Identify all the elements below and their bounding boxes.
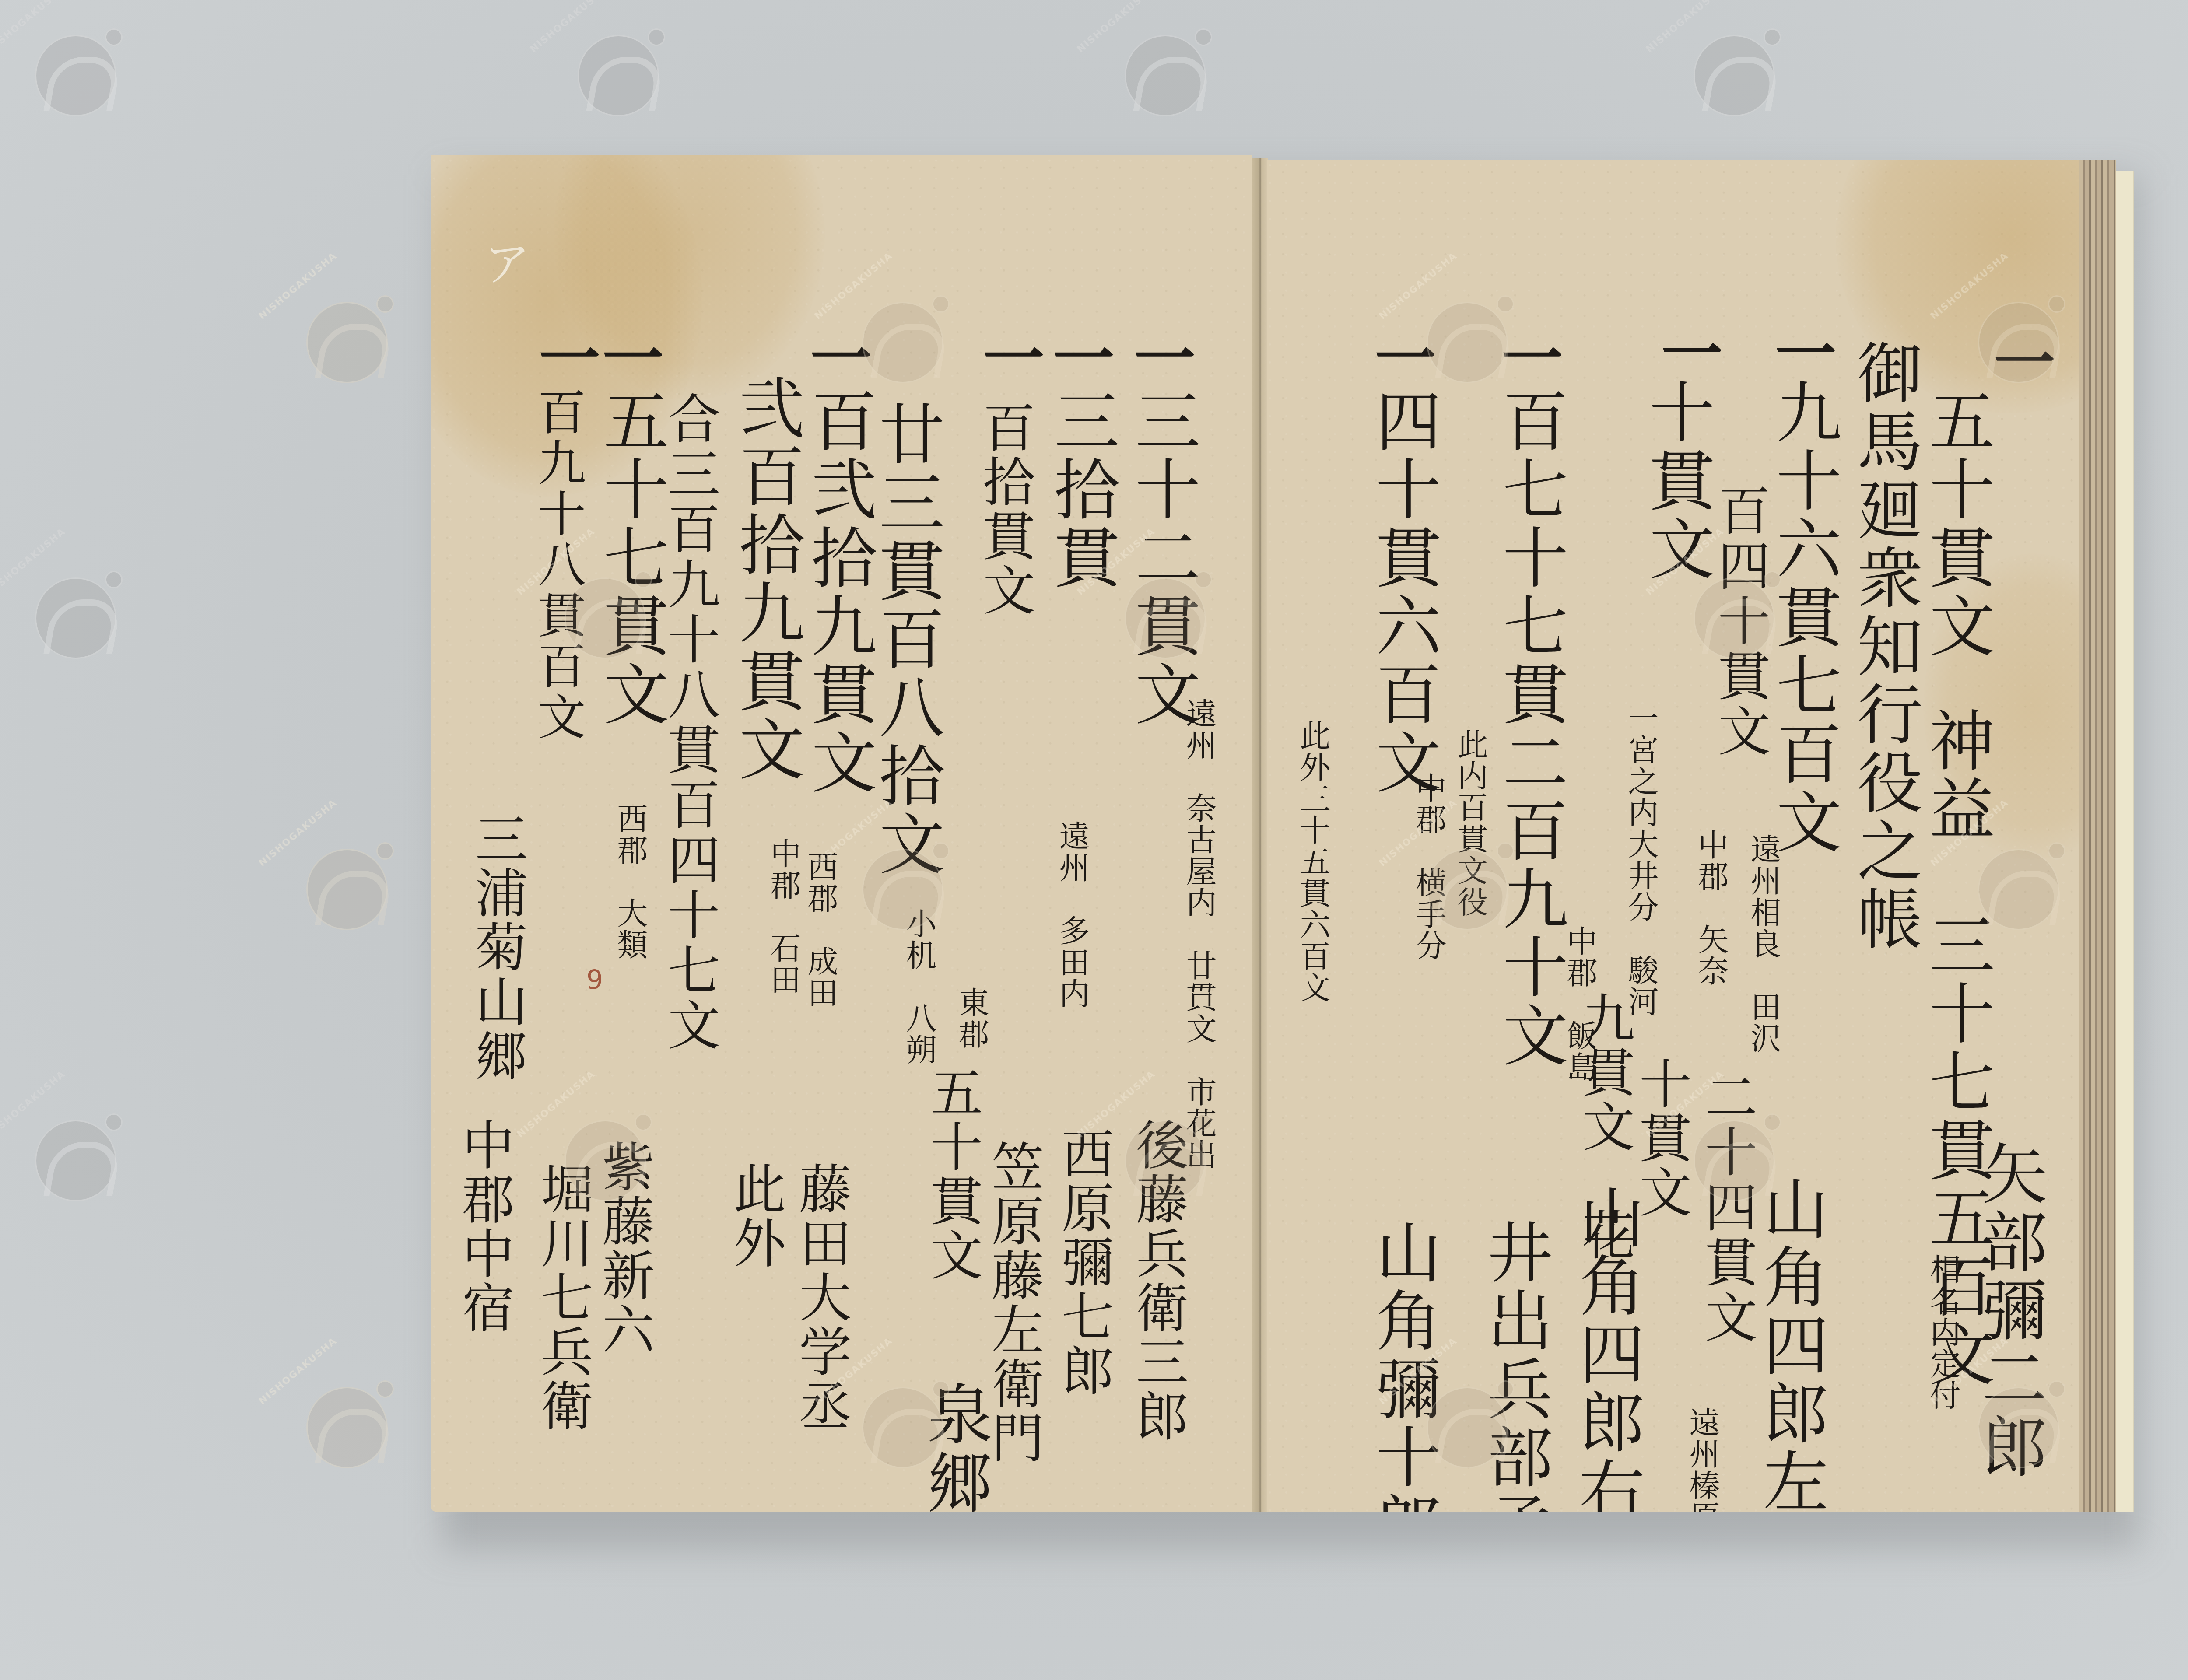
item-bullet: 一 (978, 326, 1039, 387)
item-bullet: 一 (534, 326, 595, 387)
manuscript-line: 弐百拾九貫文 (733, 374, 799, 784)
manuscript-note: 西郡 大類 (615, 803, 645, 960)
back-cover-edge (2116, 171, 2134, 1512)
item-bullet: 一 (1656, 322, 1718, 383)
watermark-logo-icon: NISHOGAKUSHA (1409, 284, 1510, 385)
manuscript-note: 遠州 奈古屋内 廿貫文 市花出 (1184, 698, 1214, 1170)
watermark-logo-icon: NISHOGAKUSHA (1960, 284, 2061, 385)
watermark-logo-icon: NISHOGAKUSHA (1409, 831, 1510, 932)
manuscript-note: 東郡 (956, 987, 987, 1050)
watermark-logo-icon: NISHOGAKUSHA (547, 1102, 648, 1203)
watermark-logo-icon: NISHOGAKUSHA (845, 831, 945, 932)
item-bullet: 一 (597, 326, 659, 387)
watermark-logo-icon: NISHOGAKUSHA (1676, 560, 1777, 661)
item-bullet: 一 (1048, 326, 1109, 387)
manuscript-note: 中郡 石田 (768, 838, 799, 995)
pencil-folio-mark: 9 (586, 965, 603, 995)
manuscript-note: 西郡 成田 (805, 851, 836, 1008)
watermark-logo-icon: NISHOGAKUSHA (1676, 17, 1777, 118)
manuscript-line: 此外三十五貫六百文 (1297, 720, 1328, 1003)
watermark-logo-icon: NISHOGAKUSHA (18, 560, 118, 661)
manuscript-line: 四十貫六百文 (1370, 387, 1435, 797)
manuscript-line: 三拾貫 (1048, 387, 1114, 592)
page-edges-stack (2079, 160, 2116, 1512)
manuscript-line: 三浦菊山郷 (470, 812, 523, 1083)
watermark-logo-icon: NISHOGAKUSHA (1960, 1369, 2061, 1470)
manuscript-note: 遠州 多田内 (1057, 820, 1087, 1009)
watermark-logo-icon: NISHOGAKUSHA (1676, 1102, 1777, 1203)
book-gutter (1252, 157, 1268, 1512)
watermark-logo-icon: NISHOGAKUSHA (1107, 17, 1208, 118)
watermark-logo-icon: NISHOGAKUSHA (547, 560, 648, 661)
manuscript-line: 三十二貫文 (1129, 387, 1195, 728)
manuscript-line: 五十貫文 (926, 1065, 978, 1282)
item-bullet: 一 (1129, 326, 1190, 387)
manuscript-line: 百七十七貫二百九十文 (1497, 387, 1562, 1070)
watermark-logo-icon: NISHOGAKUSHA (845, 1369, 945, 1470)
manuscript-line: 百拾貫文 (978, 400, 1031, 617)
manuscript-line: 九十六貫七百文 (1770, 378, 1836, 856)
watermark-logo-icon: NISHOGAKUSHA (18, 1102, 118, 1203)
corner-mark: ア (479, 238, 527, 287)
manuscript-note: 中郡 飯島 (1564, 925, 1595, 1083)
manuscript-line: 百弐拾九貫文 (805, 387, 871, 797)
manuscript-line: 山角四郎左衛門 (1757, 1175, 1823, 1512)
watermark-logo-icon: NISHOGAKUSHA (289, 284, 389, 385)
left-page: ア 一 三十二貫文 遠州 奈古屋内 廿貫文 市花出 後藤兵衛三郎 一 三拾貫 遠… (431, 155, 1252, 1512)
watermark-logo-icon: NISHOGAKUSHA (289, 1369, 389, 1470)
manuscript-note: 一宮之内大井分 駿河 (1626, 702, 1656, 1017)
manuscript-line: 五十貫文 (1923, 387, 1989, 660)
watermark-logo-icon: NISHOGAKUSHA (1409, 1369, 1510, 1470)
manuscript-line: 合三百九十八貫百四十七文 (663, 392, 715, 1053)
watermark-logo-icon: NISHOGAKUSHA (1960, 831, 2061, 932)
watermark-logo-icon: NISHOGAKUSHA (1107, 1102, 1208, 1203)
manuscript-note: 遠州相良 田沢 (1748, 833, 1779, 1054)
manuscript-line: 笠原藤左衛門 (987, 1140, 1039, 1465)
watermark-logo-icon: NISHOGAKUSHA (289, 831, 389, 932)
manuscript-title: 御馬廻衆知行役之帳 (1851, 339, 1917, 953)
watermark-logo-icon: NISHOGAKUSHA (1107, 560, 1208, 661)
manuscript-line: 中郡中宿 (457, 1118, 510, 1335)
manuscript-line: 山角四郎右衛門 (1573, 1183, 1639, 1512)
manuscript-line: 五十七貫文 (597, 387, 663, 728)
manuscript-line: 西原彌七郎 (1057, 1127, 1109, 1398)
item-bullet: 一 (1770, 322, 1831, 383)
manuscript-line: 此外 (729, 1162, 781, 1270)
watermark-logo-icon: NISHOGAKUSHA (560, 17, 661, 118)
watermark-logo-icon: NISHOGAKUSHA (18, 17, 118, 118)
watermark-logo-icon: NISHOGAKUSHA (845, 284, 945, 385)
manuscript-note: 遠州榛原 湯ヶ島 (1687, 1407, 1718, 1512)
manuscript-note: 中郡 矢奈 (1696, 829, 1726, 987)
